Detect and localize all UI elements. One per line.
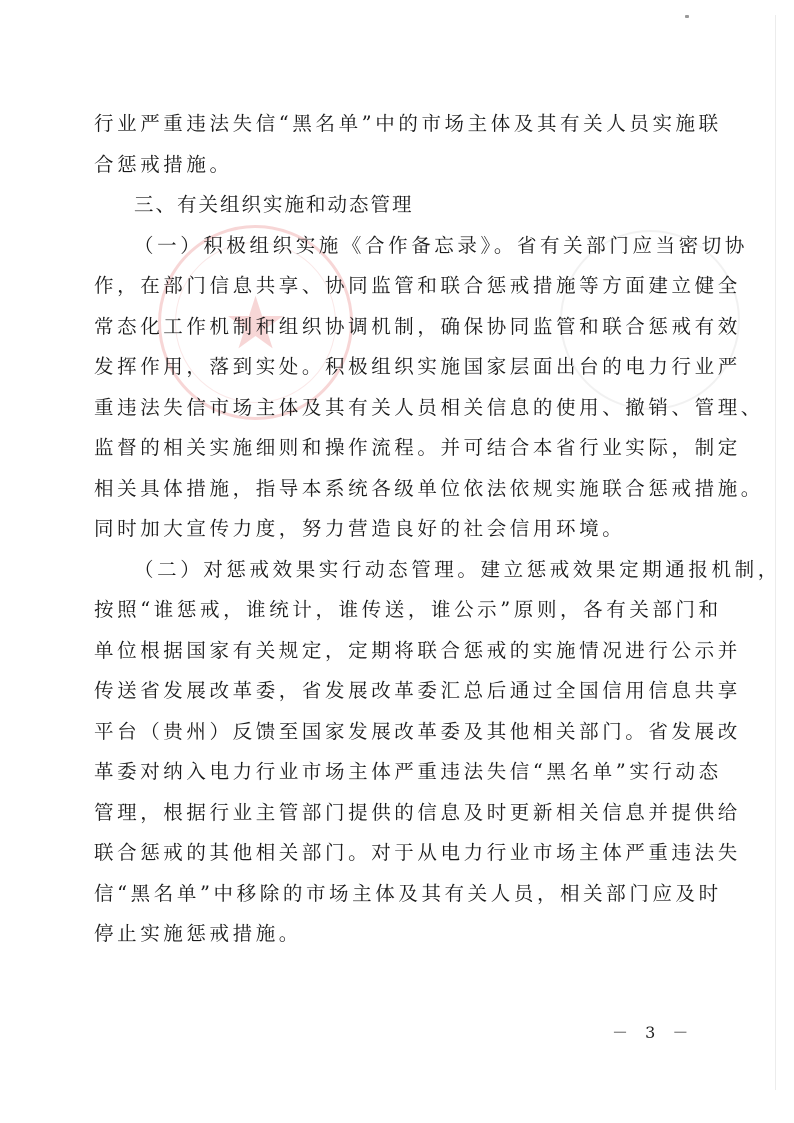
text-line: 行业严重违法失信“黑名单”中的市场主体及其有关人员实施联 <box>94 104 704 145</box>
text-line: 信“黑名单”中移除的市场主体及其有关人员，相关部门应及时 <box>94 874 704 915</box>
page-edge-line <box>775 15 776 1090</box>
document-body: 行业严重违法失信“黑名单”中的市场主体及其有关人员实施联 合惩戒措施。 三、有关… <box>94 104 704 955</box>
text-line: （二）对惩戒效果实行动态管理。建立惩戒效果定期通报机制， <box>94 550 704 591</box>
paragraph-continuation: 行业严重违法失信“黑名单”中的市场主体及其有关人员实施联 合惩戒措施。 <box>94 104 704 185</box>
text-line: 作，在部门信息共享、协同监管和联合惩戒措施等方面建立健全 <box>94 266 704 307</box>
text-line: 平台（贵州）反馈至国家发展改革委及其他相关部门。省发展改 <box>94 712 704 753</box>
text-line: 同时加大宣传力度，努力营造良好的社会信用环境。 <box>94 509 704 550</box>
text-line: 重违法失信市场主体及其有关人员相关信息的使用、撤销、管理、 <box>94 388 704 429</box>
scan-mark <box>685 15 689 18</box>
paragraph-section-3-1: （一）积极组织实施《合作备忘录》。省有关部门应当密切协 作，在部门信息共享、协同… <box>94 226 704 550</box>
text-line: 常态化工作机制和组织协调机制，确保协同监管和联合惩戒有效 <box>94 307 704 348</box>
text-line: 相关具体措施，指导本系统各级单位依法依规实施联合惩戒措施。 <box>94 469 704 510</box>
text-line: 监督的相关实施细则和操作流程。并可结合本省行业实际，制定 <box>94 428 704 469</box>
text-line: 合惩戒措施。 <box>94 145 704 186</box>
text-line: 停止实施惩戒措施。 <box>94 914 704 955</box>
paragraph-section-3-2: （二）对惩戒效果实行动态管理。建立惩戒效果定期通报机制， 按照“谁惩戒，谁统计，… <box>94 550 704 955</box>
page-number: － 3 － <box>612 1020 694 1043</box>
text-line: 单位根据国家有关规定，定期将联合惩戒的实施情况进行公示并 <box>94 631 704 672</box>
text-line: 发挥作用，落到实处。积极组织实施国家层面出台的电力行业严 <box>94 347 704 388</box>
text-line: 管理，根据行业主管部门提供的信息及时更新相关信息并提供给 <box>94 793 704 834</box>
text-line: 按照“谁惩戒，谁统计，谁传送，谁公示”原则，各有关部门和 <box>94 590 704 631</box>
text-line: （一）积极组织实施《合作备忘录》。省有关部门应当密切协 <box>94 226 704 267</box>
section-heading: 三、有关组织实施和动态管理 <box>94 185 704 226</box>
text-line: 传送省发展改革委，省发展改革委汇总后通过全国信用信息共享 <box>94 671 704 712</box>
text-line: 革委对纳入电力行业市场主体严重违法失信“黑名单”实行动态 <box>94 752 704 793</box>
text-line: 联合惩戒的其他相关部门。对于从电力行业市场主体严重违法失 <box>94 833 704 874</box>
